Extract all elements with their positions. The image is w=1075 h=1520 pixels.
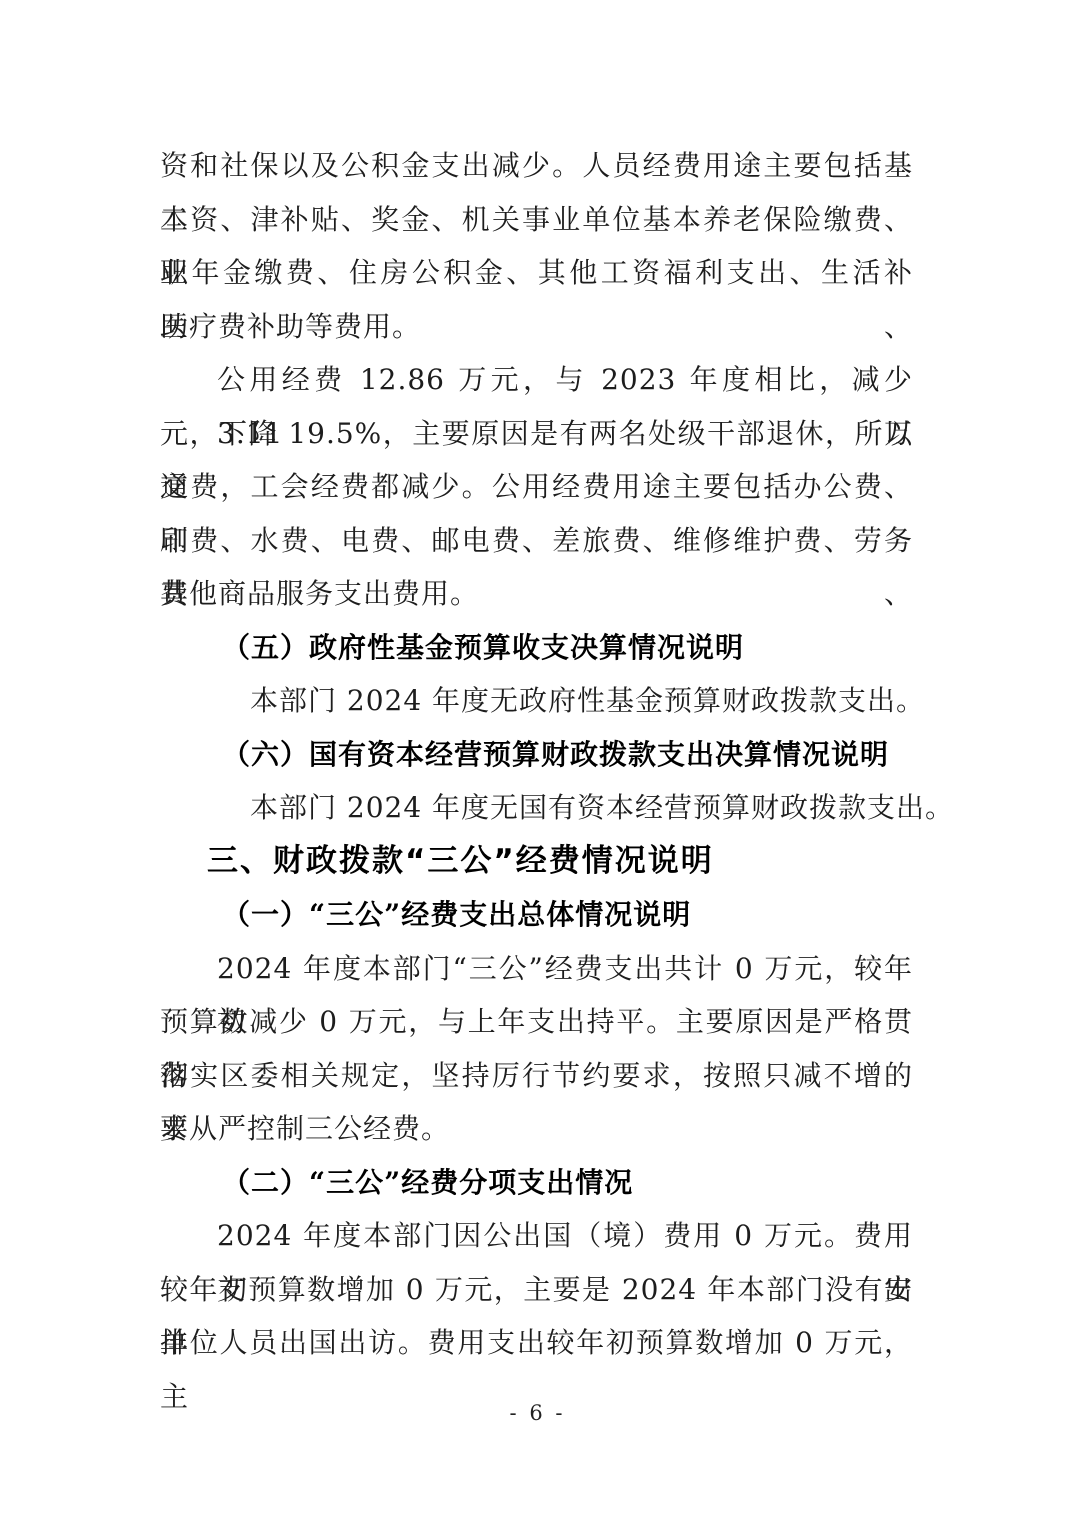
text-line: 元，下降 19.5%，主要原因是有两名处级干部退休，所以交 <box>160 407 913 461</box>
text-line: 求从严控制三公经费。 <box>160 1102 913 1156</box>
text-line: （一）“三公”经费支出总体情况说明 <box>160 888 913 942</box>
text-line: 落实区委相关规定，坚持厉行节约要求，按照只减不增的要 <box>160 1049 913 1103</box>
text-line: 单位人员出国出访。费用支出较年初预算数增加 0 万元，主 <box>160 1316 913 1370</box>
page-number: - 6 - <box>0 1398 1075 1428</box>
document-content: 资和社保以及公积金支出减少。人员经费用途主要包括基本工资、津补贴、奖金、机关事业… <box>160 139 913 1370</box>
text-line: 本部门 2024 年度无国有资本经营预算财政拨款支出。 <box>160 781 913 835</box>
text-line: 三、财政拨款“三公”经费情况说明 <box>160 835 913 889</box>
text-line: 工资、津补贴、奖金、机关事业单位基本养老保险缴费、职 <box>160 193 913 247</box>
text-line: （二）“三公”经费分项支出情况 <box>160 1156 913 1210</box>
text-line: 预算数减少 0 万元，与上年支出持平。主要原因是严格贯彻 <box>160 995 913 1049</box>
text-line: 较年初预算数增加 0 万元，主要是 2024 年本部门没有安排 <box>160 1263 913 1317</box>
document-page: 资和社保以及公积金支出减少。人员经费用途主要包括基本工资、津补贴、奖金、机关事业… <box>0 0 1075 1520</box>
text-line: 本部门 2024 年度无政府性基金预算财政拨款支出。 <box>160 674 913 728</box>
text-line: 通费，工会经费都减少。公用经费用途主要包括办公费、印 <box>160 460 913 514</box>
text-line: （六）国有资本经营预算财政拨款支出决算情况说明 <box>160 728 913 782</box>
text-line: 2024 年度本部门“三公”经费支出共计 0 万元，较年初 <box>160 942 913 996</box>
text-line: 2024 年度本部门因公出国（境）费用 0 万元。费用支出 <box>160 1209 913 1263</box>
text-line: 业年金缴费、住房公积金、其他工资福利支出、生活补助、 <box>160 246 913 300</box>
text-line: （五）政府性基金预算收支决算情况说明 <box>160 621 913 675</box>
text-line: 资和社保以及公积金支出减少。人员经费用途主要包括基本 <box>160 139 913 193</box>
text-line: 刷费、水费、电费、邮电费、差旅费、维修维护费、劳务费、 <box>160 514 913 568</box>
text-line: 公用经费 12.86 万元，与 2023 年度相比，减少 3.11 万 <box>160 353 913 407</box>
